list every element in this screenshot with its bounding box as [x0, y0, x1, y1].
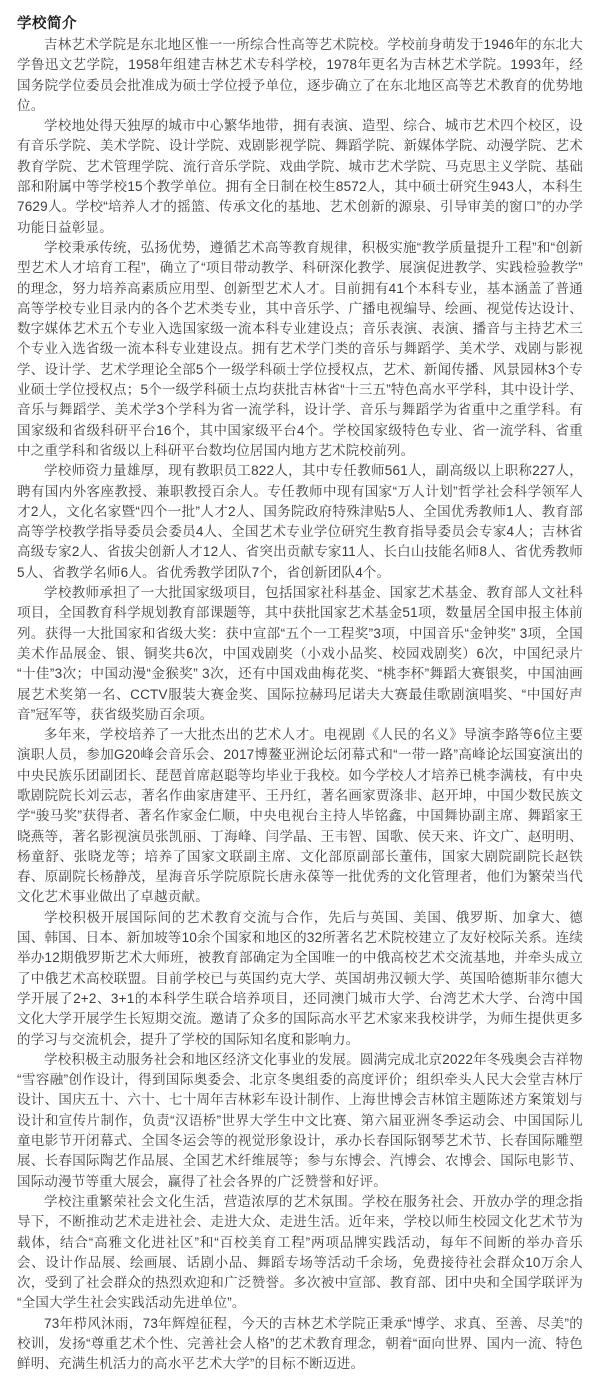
paragraph-faculty-strength: 学校师资力量雄厚，现有教职员工822人，其中专任教师561人，副高级以上职称22… — [17, 461, 583, 583]
paragraph-cultural-life: 学校注重繁荣社会文化生活，营造浓厚的艺术氛围。学校在服务社会、开放办学的理念指导… — [17, 1192, 583, 1314]
paragraph-international-exchange: 学校积极开展国际间的艺术教育交流与合作，先后与英国、美国、俄罗斯、加拿大、德国、… — [17, 908, 583, 1050]
paragraph-campuses-schools: 学校地处得天独厚的城市中心繁华地带，拥有表演、造型、综合、城市艺术四个校区，设有… — [17, 116, 583, 238]
page-title: 学校简介 — [17, 14, 583, 35]
school-profile-document: 学校简介 吉林艺术学院是东北地区惟一一所综合性高等艺术院校。学校前身萌发于194… — [0, 0, 600, 1385]
paragraph-teaching-programs: 学校秉承传统，弘扬优势，遵循艺术高等教育规律，积极实施“教学质量提升工程”和“创… — [17, 238, 583, 461]
paragraph-social-service: 学校积极主动服务社会和地区经济文化事业的发展。圆满完成北京2022年冬残奥会吉祥… — [17, 1050, 583, 1192]
paragraph-alumni-talents: 多年来，学校培养了一大批杰出的艺术人才。电视剧《人民的名义》导演李路等6位主要演… — [17, 725, 583, 908]
paragraph-history-founding: 吉林艺术学院是东北地区惟一一所综合性高等艺术院校。学校前身萌发于1946年的东北… — [17, 35, 583, 116]
paragraph-vision-motto: 73年栉风沐雨，73年辉煌征程，今天的吉林艺术学院正秉承“博学、求真、至善、尽美… — [17, 1314, 583, 1375]
paragraph-projects-awards: 学校教师承担了一大批国家级项目，包括国家社科基金、国家艺术基金、教育部人文社科项… — [17, 583, 583, 725]
